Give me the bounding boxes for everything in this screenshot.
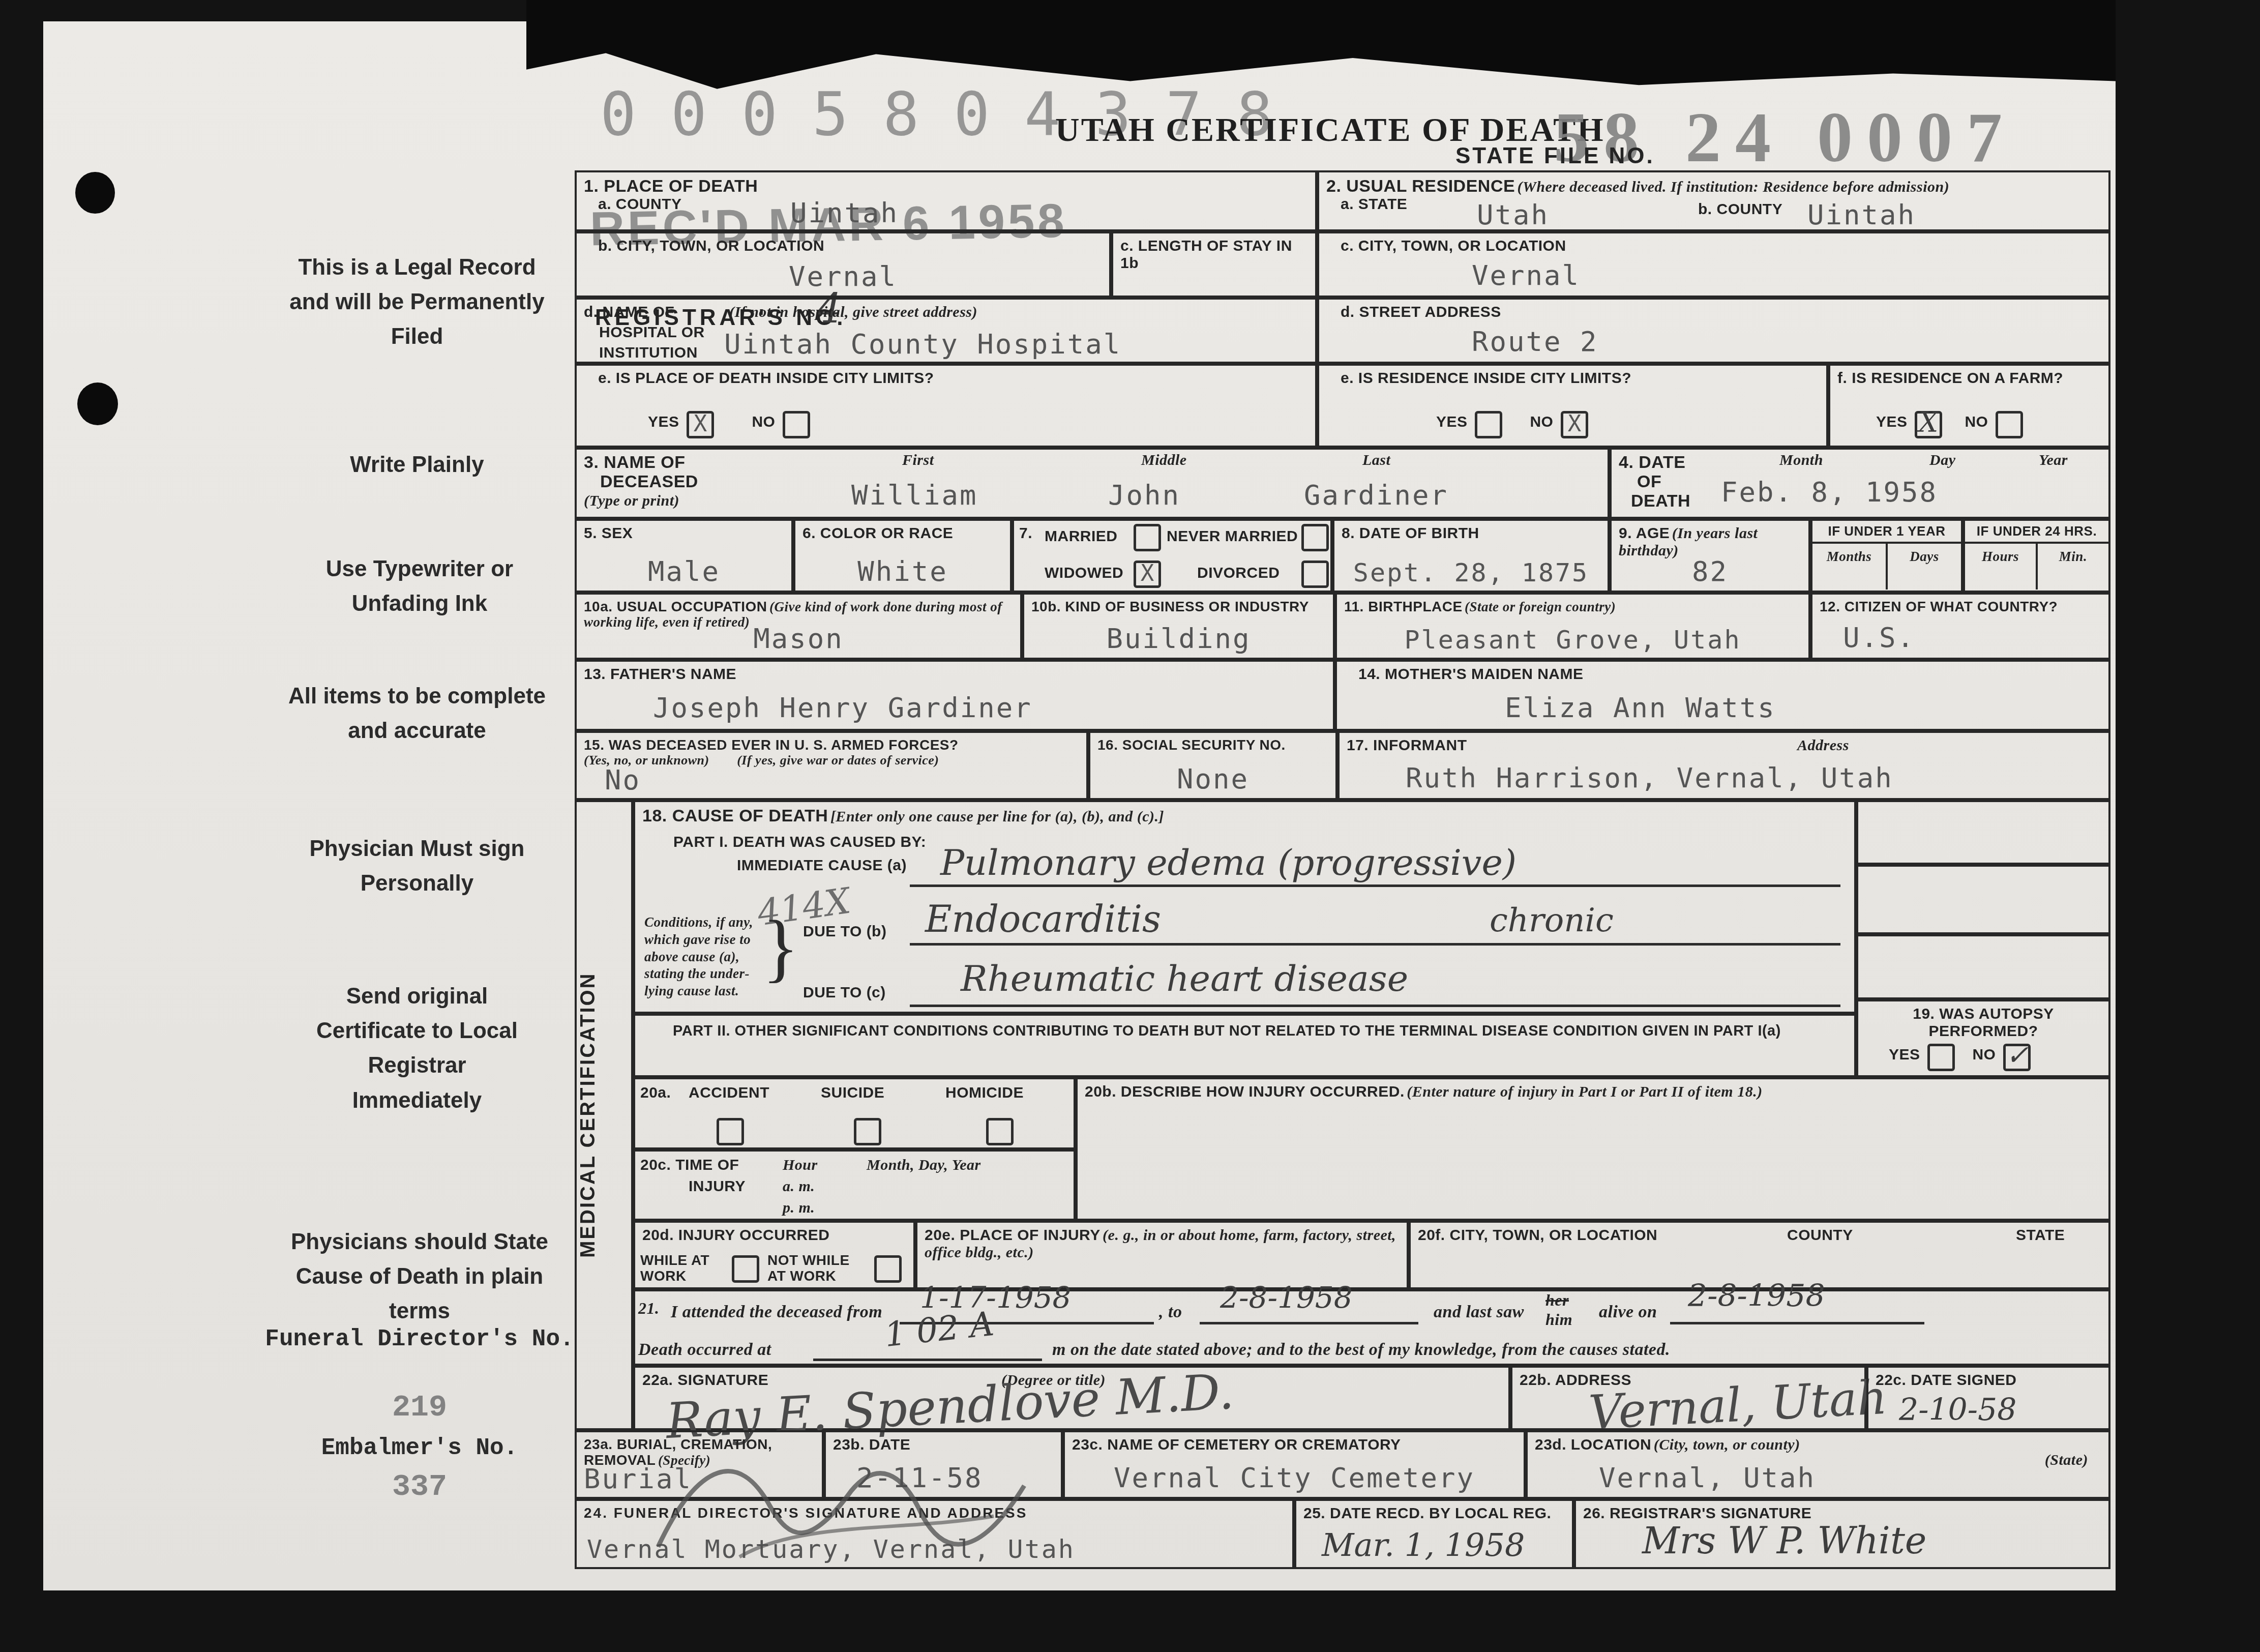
days-header: Days <box>1888 544 1961 589</box>
field-sublabel: (State or foreign country) <box>1465 599 1616 614</box>
field-label: 20f. CITY, TOWN, OR LOCATION <box>1418 1227 1657 1244</box>
field-label: 23c. NAME OF CEMETERY OR CREMATORY <box>1072 1436 1401 1453</box>
field-8-date-of-birth: 8. DATE OF BIRTH Sept. 28, 1875 <box>1332 519 1610 593</box>
field-sublabel: (If yes, give war or dates of service) <box>737 753 939 768</box>
date-signed-value: 2-10-58 <box>1899 1392 2016 1428</box>
field-number: 7. <box>1019 525 1032 542</box>
months-header: Months <box>1812 544 1888 589</box>
field-20e-place-of-injury: 20e. PLACE OF INJURY (e. g., in or about… <box>915 1221 1409 1289</box>
field-1d-hospital: d. NAME OF HOSPITAL OR INSTITUTION (If n… <box>575 298 1317 364</box>
field-label: PERFORMED? <box>1865 1023 2101 1040</box>
scanned-death-certificate: This is a Legal Record and will be Perma… <box>0 0 2260 1652</box>
field-label: INSTITUTION <box>599 344 698 362</box>
field-label: 10a. USUAL OCCUPATION <box>584 599 767 614</box>
residence-county-value: Uintah <box>1807 199 1916 231</box>
margin-note-typewriter: Use Typewriter or Unfading Ink <box>277 552 562 621</box>
margin-note-complete: All items to be complete and accurate <box>285 679 549 748</box>
no-checkbox: ✓ <box>2003 1044 2031 1071</box>
field-label: DECEASED <box>600 472 698 491</box>
accident-label: ACCIDENT <box>689 1084 769 1102</box>
field-sublabel: (City, town, or county) <box>1654 1436 1800 1453</box>
date-of-birth-value: Sept. 28, 1875 <box>1353 558 1589 587</box>
field-18-cause-of-death: 18. CAUSE OF DEATH [Enter only one cause… <box>633 800 1856 1014</box>
field-label: a. COUNTY <box>598 196 682 213</box>
no-checkbox <box>1996 411 2023 438</box>
death-occurred-text: Death occurred at <box>638 1340 771 1360</box>
state-file-no-label: STATE FILE NO. <box>1455 143 1655 168</box>
last-saw-alive-value: 2-8-1958 <box>1688 1278 1825 1314</box>
field-label: c. LENGTH OF STAY IN 1b <box>1120 238 1292 272</box>
field-20c-time-of-injury: 20c. TIME OF INJURY Hour a. m. p. m. Mon… <box>633 1149 1076 1221</box>
field-2d-street-address: d. STREET ADDRESS Route 2 <box>1317 298 2110 364</box>
field-sublabel: (If not in hospital, give street address… <box>729 304 977 321</box>
immediate-cause-value: Pulmonary edema (progressive) <box>940 842 1516 883</box>
field-22a-signature: 22a. SIGNATURE (Degree or title) Ray E. … <box>633 1366 1510 1430</box>
state-value: Utah <box>1477 199 1549 231</box>
field-20d-injury-occurred: 20d. INJURY OCCURRED WHILE AT WORK NOT W… <box>633 1221 915 1289</box>
no-checkbox: X <box>1561 411 1588 438</box>
field-2e-city-limits: e. IS RESIDENCE INSIDE CITY LIMITS? YES … <box>1317 364 1828 448</box>
under-24-hrs-header: IF UNDER 24 HRS. <box>1965 521 2108 544</box>
hour-header: Hour <box>783 1157 818 1174</box>
funeral-directors-no-value: 219 <box>264 1384 575 1432</box>
certificate-form: 1. PLACE OF DEATH a. COUNTY Uintah 2. US… <box>575 170 2110 1569</box>
attended-text-4: alive on <box>1599 1303 1657 1322</box>
hours-header: Hours <box>1965 544 2038 589</box>
occupation-value: Mason <box>753 623 844 655</box>
field-label: 20b. DESCRIBE HOW INJURY OCCURRED. <box>1085 1083 1405 1100</box>
field-6-color-race: 6. COLOR OR RACE White <box>793 519 1012 593</box>
field-label: 6. COLOR OR RACE <box>802 525 953 542</box>
conditions-note: Conditions, if any, which gave rise to a… <box>644 914 761 1000</box>
middle-header: Middle <box>1141 452 1187 469</box>
min-header: Min. <box>2038 544 2108 589</box>
field-label: 12. CITIZEN OF WHAT COUNTRY? <box>1820 599 2058 614</box>
yes-label: YES <box>1876 414 1908 430</box>
father-name-value: Joseph Henry Gardiner <box>653 692 1032 724</box>
margin-note-write-plainly: Write Plainly <box>285 448 549 482</box>
am-label: a. m. <box>783 1178 815 1195</box>
yes-checkbox: X <box>687 411 714 438</box>
widowed-label: WIDOWED <box>1045 565 1123 582</box>
cemetery-value: Vernal City Cemetery <box>1114 1462 1475 1494</box>
yes-label: YES <box>1436 414 1468 430</box>
middle-name-value: John <box>1108 479 1180 511</box>
margin-note-send-original: Send original Certificate to Local Regis… <box>303 979 531 1118</box>
divorced-checkbox <box>1301 560 1329 588</box>
interval-b-cell <box>1856 865 2110 934</box>
field-label: f. IS RESIDENCE ON A FARM? <box>1837 370 2063 387</box>
field-label: e. IS RESIDENCE INSIDE CITY LIMITS? <box>1341 370 1631 387</box>
while-at-work-label: WHILE AT WORK <box>640 1252 722 1284</box>
industry-value: Building <box>1106 623 1251 655</box>
registrar-signature-value: Mrs W P. White <box>1642 1519 1926 1562</box>
field-2c-city: c. CITY, TOWN, OR LOCATION Vernal <box>1317 231 2110 298</box>
never-married-label: NEVER MARRIED <box>1167 528 1298 545</box>
field-2ab-residence: 2. USUAL RESIDENCE (Where deceased lived… <box>1317 170 2110 231</box>
field-label: 9. AGE <box>1619 525 1670 542</box>
field-label: d. STREET ADDRESS <box>1341 304 1501 320</box>
mdy-header: Month, Day, Year <box>867 1157 981 1174</box>
race-value: White <box>857 555 948 587</box>
burial-location-value: Vernal, Utah <box>1599 1462 1816 1494</box>
year-header: Year <box>2039 452 2068 469</box>
field-label: 18. CAUSE OF DEATH <box>642 806 828 825</box>
field-1e-city-limits: e. IS PLACE OF DEATH INSIDE CITY LIMITS?… <box>575 364 1317 448</box>
field-label: DEATH <box>1631 491 1690 511</box>
age-value: 82 <box>1692 555 1728 587</box>
interval-onset-death <box>1856 800 2110 865</box>
field-sublabel: (Type or print) <box>584 492 679 510</box>
field-19-autopsy: 19. WAS AUTOPSY PERFORMED? YES NO ✓ <box>1856 999 2110 1077</box>
field-label: 3. NAME OF <box>584 453 686 472</box>
due-to-b-label: DUE TO (b) <box>803 923 886 940</box>
field-label: 4. DATE <box>1619 453 1685 472</box>
field-17-informant: 17. INFORMANT Address Ruth Harrison, Ver… <box>1337 731 2110 800</box>
city-value: Vernal <box>789 260 897 292</box>
field-24-funeral-director: 24. FUNERAL DIRECTOR'S SIGNATURE AND ADD… <box>575 1499 1294 1569</box>
yes-label: YES <box>1889 1046 1920 1063</box>
citizen-value: U.S. <box>1843 622 1915 654</box>
no-label: NO <box>1972 1046 1996 1063</box>
field-7-marital-status: 7. MARRIED NEVER MARRIED WIDOWED X DIVOR… <box>1012 519 1332 593</box>
suicide-checkbox <box>854 1118 881 1145</box>
field-label: c. CITY, TOWN, OR LOCATION <box>1341 238 1566 254</box>
field-label: 10b. KIND OF BUSINESS OR INDUSTRY <box>1031 599 1309 614</box>
field-15-armed-forces: 15. WAS DECEASED EVER IN U. S. ARMED FOR… <box>575 731 1088 800</box>
field-label: 2. USUAL RESIDENCE <box>1326 176 1515 196</box>
field-9-age: 9. AGE (In years last birthday) 82 <box>1610 519 1810 593</box>
homicide-checkbox <box>986 1118 1014 1145</box>
birthplace-value: Pleasant Grove, Utah <box>1404 625 1741 655</box>
due-to-c-label: DUE TO (c) <box>803 984 886 1001</box>
field-bracket-note: [Enter only one cause per line for (a), … <box>830 808 1164 825</box>
month-header: Month <box>1779 452 1823 469</box>
field-25-date-recd: 25. DATE RECD. BY LOCAL REG. Mar. 1, 195… <box>1294 1499 1574 1569</box>
margin-note-plain-terms: Physicians should State Cause of Death i… <box>264 1225 575 1329</box>
yes-checkbox <box>1475 411 1502 438</box>
field-label: 20c. TIME OF <box>640 1157 739 1174</box>
field-label: b. COUNTY <box>1698 201 1782 218</box>
while-at-work-checkbox <box>732 1255 759 1283</box>
part2-label: PART II. OTHER SIGNIFICANT CONDITIONS CO… <box>673 1023 1847 1039</box>
field-22c-date-signed: 22c. DATE SIGNED 2-10-58 <box>1866 1366 2110 1430</box>
field-11-birthplace: 11. BIRTHPLACE (State or foreign country… <box>1335 593 1810 660</box>
field-label: b. CITY, TOWN, OR LOCATION <box>598 238 824 254</box>
field-4-date-of-death: 4. DATE OF DEATH Month Day Year Feb. 8, … <box>1610 448 2110 519</box>
margin-note-physician-sign: Physician Must sign Personally <box>303 832 531 901</box>
field-2f-farm: f. IS RESIDENCE ON A FARM? YES X NO <box>1828 364 2110 448</box>
no-checkbox <box>783 411 810 438</box>
field-9-under-1-year: IF UNDER 1 YEAR Months Days <box>1810 519 1963 593</box>
attended-text-1: I attended the deceased from <box>671 1303 882 1322</box>
field-label: 14. MOTHER'S MAIDEN NAME <box>1358 666 1584 683</box>
first-name-value: William <box>851 479 978 511</box>
field-10a-occupation: 10a. USUAL OCCUPATION (Give kind of work… <box>575 593 1022 660</box>
no-label: NO <box>752 414 775 430</box>
not-while-at-work-checkbox <box>874 1255 902 1283</box>
yes-checkbox: X <box>1915 411 1942 438</box>
funeral-director-signature-scribble <box>638 1430 1095 1562</box>
field-label: 22c. DATE SIGNED <box>1876 1372 2017 1389</box>
part1-label: PART I. DEATH WAS CAUSED BY: <box>673 834 926 851</box>
last-name-value: Gardiner <box>1304 479 1448 511</box>
under-1-year-header: IF UNDER 1 YEAR <box>1812 521 1961 544</box>
punch-hole <box>75 172 115 214</box>
day-header: Day <box>1929 452 1955 469</box>
field-label: 5. SEX <box>584 525 633 542</box>
field-13-father: 13. FATHER'S NAME Joseph Henry Gardiner <box>575 660 1335 731</box>
field-label: 1. PLACE OF DEATH <box>584 176 758 196</box>
armed-forces-value: No <box>605 764 641 796</box>
not-while-at-work-label: NOT WHILE AT WORK <box>767 1252 859 1284</box>
widowed-checkbox: X <box>1134 560 1161 588</box>
field-21-attended: 21. I attended the deceased from 1-17-19… <box>633 1289 2110 1366</box>
field-label: e. IS PLACE OF DEATH INSIDE CITY LIMITS? <box>598 370 934 387</box>
divorced-label: DIVORCED <box>1197 565 1280 582</box>
field-label: 25. DATE RECD. BY LOCAL REG. <box>1303 1505 1551 1522</box>
field-9-under-24-hrs: IF UNDER 24 HRS. Hours Min. <box>1963 519 2110 593</box>
attended-text-3: and last saw <box>1434 1303 1524 1322</box>
married-label: MARRIED <box>1045 528 1118 545</box>
informant-value: Ruth Harrison, Vernal, Utah <box>1406 762 1893 794</box>
field-number: 20a. <box>640 1084 671 1102</box>
hospital-value: Uintah County Hospital <box>724 328 1121 360</box>
field-label: 22a. SIGNATURE <box>642 1372 768 1389</box>
field-label: INJURY <box>689 1178 746 1195</box>
suicide-label: SUICIDE <box>821 1084 884 1102</box>
death-occurred-text-2: m on the date stated above; and to the b… <box>1052 1340 1670 1360</box>
interval-c-cell <box>1856 934 2110 999</box>
field-number: 21. <box>638 1300 660 1318</box>
sex-value: Male <box>648 555 720 587</box>
homicide-label: HOMICIDE <box>945 1084 1024 1102</box>
field-sublabel: (Where deceased lived. If institution: R… <box>1518 179 1950 195</box>
field-label: 15. WAS DECEASED EVER IN U. S. ARMED FOR… <box>584 737 959 753</box>
field-14-mother: 14. MOTHER'S MAIDEN NAME Eliza Ann Watts <box>1335 660 2110 731</box>
mother-name-value: Eliza Ann Watts <box>1505 692 1776 724</box>
yes-checkbox <box>1927 1044 1955 1071</box>
margin-note-legal-record: This is a Legal Record and will be Perma… <box>285 250 549 355</box>
field-3-name-of-deceased: 3. NAME OF DECEASED (Type or print) Firs… <box>575 448 1610 519</box>
attended-text-2: , to <box>1159 1303 1182 1322</box>
field-label: a. STATE <box>1341 196 1407 213</box>
due-to-b-value: Endocarditis <box>925 898 1161 940</box>
no-label: NO <box>1965 414 1988 430</box>
field-1c-length-of-stay: c. LENGTH OF STAY IN 1b <box>1111 231 1317 298</box>
field-sublabel: (Enter nature of injury in Part I or Par… <box>1407 1083 1762 1100</box>
field-sublabel: (Yes, no, or unknown) <box>584 753 709 768</box>
embalmers-no-value: 337 <box>264 1464 575 1511</box>
date-received-value: Mar. 1, 1958 <box>1322 1526 1525 1563</box>
field-20b-describe-injury: 20b. DESCRIBE HOW INJURY OCCURRED. (Ente… <box>1076 1077 2110 1221</box>
field-label: 13. FATHER'S NAME <box>584 666 736 683</box>
field-23d-location: 23d. LOCATION (City, town, or county) (S… <box>1526 1430 2110 1499</box>
field-label: 20e. PLACE OF INJURY <box>925 1227 1101 1244</box>
field-label: 20d. INJURY OCCURRED <box>642 1227 829 1244</box>
pm-label: p. m. <box>783 1199 815 1217</box>
field-label: 19. WAS AUTOPSY <box>1865 1006 2101 1023</box>
no-label: NO <box>1530 414 1553 430</box>
medical-certification-strip: MEDICAL CERTIFICATION <box>575 800 633 1430</box>
street-address-value: Route 2 <box>1472 326 1598 358</box>
due-to-b-value2: chronic <box>1490 902 1614 939</box>
field-22b-address: 22b. ADDRESS Vernal, Utah <box>1510 1366 1866 1430</box>
married-checkbox <box>1134 524 1161 551</box>
punch-hole <box>77 382 118 425</box>
field-label: d. NAME OF <box>584 304 674 321</box>
last-header: Last <box>1362 452 1390 469</box>
field-10b-industry: 10b. KIND OF BUSINESS OR INDUSTRY Buildi… <box>1022 593 1335 660</box>
county-header: COUNTY <box>1787 1227 1853 1244</box>
funeral-directors-no-label: Funeral Director's No. <box>264 1321 575 1358</box>
field-label: 23d. LOCATION <box>1535 1436 1651 1453</box>
immediate-cause-label: IMMEDIATE CAUSE (a) <box>737 857 907 874</box>
attended-to-value: 2-8-1958 <box>1220 1280 1353 1315</box>
field-26-registrar-signature: 26. REGISTRAR'S SIGNATURE Mrs W P. White <box>1574 1499 2110 1569</box>
due-to-c-value: Rheumatic heart disease <box>961 958 1408 999</box>
residence-city-value: Vernal <box>1472 259 1580 291</box>
first-header: First <box>902 452 934 469</box>
field-label: HOSPITAL OR <box>599 324 705 341</box>
her-strikethrough: her <box>1545 1291 1569 1310</box>
brace-glyph: } <box>762 904 799 991</box>
never-married-checkbox <box>1301 524 1329 551</box>
address-header: Address <box>1797 737 1849 754</box>
yes-label: YES <box>648 414 679 430</box>
field-5-sex: 5. SEX Male <box>575 519 793 593</box>
him-label: him <box>1545 1311 1572 1329</box>
field-18-part2: PART II. OTHER SIGNIFICANT CONDITIONS CO… <box>633 1014 1856 1077</box>
field-label: 8. DATE OF BIRTH <box>1342 525 1479 542</box>
state-sublabel: (State) <box>2045 1452 2088 1469</box>
physician-address-value: Vernal, Utah <box>1588 1370 1889 1440</box>
field-16-ssn: 16. SOCIAL SECURITY NO. None <box>1088 731 1337 800</box>
date-of-death-value: Feb. 8, 1958 <box>1721 476 1938 508</box>
ssn-value: None <box>1177 763 1249 795</box>
field-label: 17. INFORMANT <box>1347 737 1467 754</box>
field-label: OF <box>1637 472 1661 491</box>
field-20a-accident: 20a. ACCIDENT SUICIDE HOMICIDE <box>633 1077 1076 1149</box>
field-23c-cemetery: 23c. NAME OF CEMETERY OR CREMATORY Verna… <box>1063 1430 1526 1499</box>
state-header: STATE <box>2016 1227 2065 1244</box>
embalmers-no-label: Embalmer's No. <box>264 1430 575 1466</box>
field-label: 11. BIRTHPLACE <box>1344 599 1463 614</box>
field-label: 16. SOCIAL SECURITY NO. <box>1097 737 1286 753</box>
accident-checkbox <box>717 1118 744 1145</box>
field-1a-county: 1. PLACE OF DEATH a. COUNTY Uintah <box>575 170 1317 231</box>
county-value: Uintah <box>790 197 899 229</box>
field-12-citizen: 12. CITIZEN OF WHAT COUNTRY? U.S. <box>1810 593 2110 660</box>
field-1b-city: b. CITY, TOWN, OR LOCATION Vernal <box>575 231 1111 298</box>
